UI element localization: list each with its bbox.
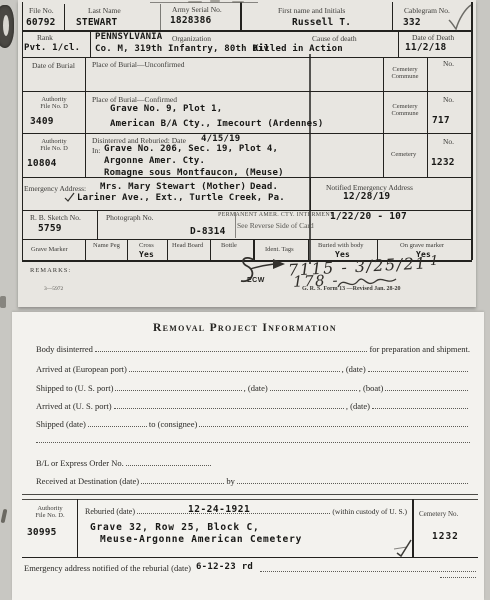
cross-label: Cross [139,242,154,249]
edge-smudge [1,509,8,524]
line-label: Arrived at (European port) [36,364,127,374]
table-border-line [22,57,472,58]
dotted-continuation-line [36,441,470,443]
dotted-leader [95,351,368,352]
table-border-line [22,91,472,92]
authority-no-value: 10804 [27,158,57,169]
grave-marker-label: Grave Marker [31,246,68,253]
first-name-label: First name and Initials [278,6,345,15]
table-border-line [22,239,472,240]
double-rule [22,494,478,500]
in-label: In: [92,146,100,155]
reburial-grave-line2: Meuse-Argonne American Cemetery [100,534,302,545]
scanned-burial-record-page: File No. 60792 Last Name STEWART Army Se… [0,0,490,600]
line-label: Shipped to (U. S. port) [36,383,113,393]
form-number: 3—5972 [44,286,63,292]
table-border-line [22,557,478,558]
line-label: Arrived at (U. S. port) [36,401,112,411]
table-border-line [427,57,428,177]
cross-value: Yes [139,250,154,259]
emergency-address-label: Emergency Address: [24,184,86,193]
remarks-label: REMARKS: [30,267,71,274]
state-value: PENNSYLVANIA [95,32,162,42]
reburial-grave-line3: Romagne sous Montfaucon, (Meuse) [104,168,284,178]
last-name-value: STEWART [76,17,117,28]
ident-tags-label: Ident. Tags [265,246,294,253]
dotted-leader [88,426,147,427]
line-shipped-us-port: Shipped to (U. S. port) , (date) , (boat… [36,383,470,393]
file-no-d-word: File No. D. [35,512,64,519]
dotted-leader [385,390,468,391]
arrow-mark [273,259,285,269]
boat-label: , (boat) [359,383,384,393]
confirmed-grave-line2: American B/A Cty., Imecourt (Ardennes) [110,119,324,129]
scan-fold-line [309,54,311,264]
cemetery-no-value: 717 [432,115,450,126]
rb-sketch-value: 5759 [38,223,62,234]
by-label: by [226,476,235,486]
see-reverse-note: See Reverse Side of Card [237,221,314,230]
notified-date-value: 12/28/19 [343,191,390,202]
table-border-line [167,240,168,260]
permanent-interment-value: 1/22/20 - 107 [330,211,407,222]
table-border-line [210,240,211,260]
authority-file-label: AuthorityFile No. D. [26,505,74,520]
binder-clip-highlight [3,15,9,36]
no-label: No. [443,95,454,104]
no-label: No. [443,59,454,68]
edge-smudge [0,296,6,308]
line-bl-express-order: B/L or Express Order No. [36,458,470,468]
removal-section-title: Removal Project Information [0,322,490,334]
dotted-leader [260,571,476,572]
table-border-line [85,57,86,177]
date-label: , (date) [342,364,366,374]
rank-label: Rank [37,33,53,42]
organization-label: Organization [172,34,211,43]
cemetery-commune-label: Cemetery Commune [384,103,426,118]
line-emergency-notified-reburial: Emergency address notified of the reburi… [24,563,478,574]
table-border-line [398,31,399,57]
table-border-line [90,31,91,57]
permanent-interment-label: PERMANENT AMER. CTY. INTERMENT [218,212,334,218]
authority-word: Authority [37,505,62,512]
table-border-line [22,2,23,260]
reburial-grave-line1: Grave 32, Row 25, Block C, [90,522,260,533]
photograph-label: Photograph No. [106,213,154,222]
authority-file-label: AuthorityFile No. D [30,96,78,111]
cemetery-no-value: 1232 [431,157,455,168]
cause-of-death-value: Killed in Action [253,44,343,54]
dotted-fragment [440,576,476,578]
line-arrived-us-port: Arrived at (U. S. port) , (date) [36,401,470,411]
line-label: Body disinterred [36,344,93,354]
line-label: Shipped (date) [36,419,86,429]
date-label: , (date) [346,401,370,411]
line-received-destination: Received at Destination (date) by [36,476,470,486]
buried-with-body-label: Buried with body [318,242,364,249]
dotted-leader [126,465,211,466]
line-label: Received at Destination (date) [36,476,139,486]
reburial-grave-line1: Grave No. 206, Sec. 19, Plot 4, [104,144,278,154]
checkmark-icon [394,537,414,557]
dotted-leader [372,408,468,409]
checkmark-icon [446,3,472,31]
reburied-date-value: 12-24-1921 [188,504,250,515]
dotted-leader [129,371,340,372]
table-border-line [127,240,128,260]
emergency-contact-address: Lariner Ave., Ext., Turtle Creek, Pa. [77,193,285,203]
rb-sketch-label: R. B. Sketch No. [30,213,81,222]
file-no-label: File No. [29,6,54,15]
table-border-line [97,211,98,239]
line-label: B/L or Express Order No. [36,458,124,468]
cemetery-no-label: Cemetery No. [419,510,458,518]
dotted-leader [114,408,344,409]
authority-no-value: 30995 [27,527,57,538]
cablegram-label: Cablegram No. [404,6,450,15]
line-arrived-european-port: Arrived at (European port) , (date) [36,364,470,374]
reburied-label: Reburied (date) [85,507,135,516]
notified-reburial-date-value: 6-12-23 rd [196,562,253,572]
name-peg-label: Name Peg [93,242,120,249]
line-label: Emergency address notified of the reburi… [24,563,191,573]
army-serial-label: Army Serial No. [172,5,222,14]
file-no-value: 60792 [26,17,56,28]
cemetery-no-value: 1232 [432,531,459,542]
disinterred-date-value: 4/15/19 [201,134,240,144]
cemetery-commune-label: Cemetery Commune [384,66,426,81]
consignee-label: to (consignee) [149,419,197,429]
army-serial-value: 1828386 [170,15,211,26]
authority-no-value: 3409 [30,116,54,127]
stamp-text: ECW [247,277,265,284]
confirmed-grave-line1: Grave No. 9, Plot 1, [110,104,222,114]
line-body-disinterred: Body disinterred for preparation and shi… [36,344,470,354]
authority-word: Authority [41,96,66,103]
burial-confirmed-label: Place of Burial—Confirmed [92,95,177,104]
authority-file-label: AuthorityFile No. D [30,138,78,153]
dotted-leader [141,483,224,484]
line-tail: for preparation and shipment. [369,344,470,354]
dotted-leader [237,483,468,484]
date-of-death-value: 11/2/18 [405,42,446,53]
dotted-leader [115,390,241,391]
table-border-line [85,240,86,260]
dotted-leader [368,371,468,372]
date-of-burial-label: Date of Burial [32,61,75,70]
reburial-grave-line2: Argonne Amer. Cty. [104,156,205,166]
dotted-leader [270,390,357,391]
dotted-leader [199,426,468,427]
form-footer-text: G. R. S. Form 13 —Revised Jan. 28-20 [302,286,401,292]
edge-smudge [210,0,220,2]
file-no-d-word: File No. D [40,145,68,152]
file-no-d-word: File No. D [40,103,68,110]
table-border-line [471,2,473,260]
table-border-line [22,133,472,134]
contact-deceased-note: Dead. [250,182,278,192]
table-border-line [240,2,242,30]
rank-value: Pvt. 1/cl. [24,43,80,53]
no-label: No. [443,137,454,146]
table-border-line [160,4,161,30]
cause-of-death-label: Cause of death [312,34,357,43]
emergency-contact-name: Mrs. Mary Stewart (Mother) [100,182,246,192]
on-grave-marker-label: On grave marker [400,242,444,249]
cablegram-value: 332 [403,17,421,28]
date-of-death-label: Date of Death [412,33,454,42]
line-shipped-consignee: Shipped (date) to (consignee) [36,419,470,429]
organization-value: Co. M, 319th Infantry, 80th Div [95,44,269,54]
bottle-label: Bottle [221,242,237,249]
edge-smudge [232,1,244,3]
photograph-value: D-8314 [190,226,226,237]
burial-unconfirmed-label: Place of Burial—Unconfirmed [92,60,184,69]
edge-smudge [188,1,202,3]
checkmark-icon [64,192,75,203]
custody-label: (within custody of U. S.) [332,507,407,516]
table-border-line [77,499,78,557]
handwritten-entry-1b: 1 [430,254,438,269]
cemetery-label: Cemetery [391,151,416,158]
table-border-line [392,2,393,30]
first-name-value: Russell T. [292,17,351,28]
authority-word: Authority [41,138,66,145]
last-name-label: Last Name [88,6,121,15]
date-label: , (date) [244,383,268,393]
table-border-line [64,4,65,30]
head-board-label: Head Board [172,242,203,249]
